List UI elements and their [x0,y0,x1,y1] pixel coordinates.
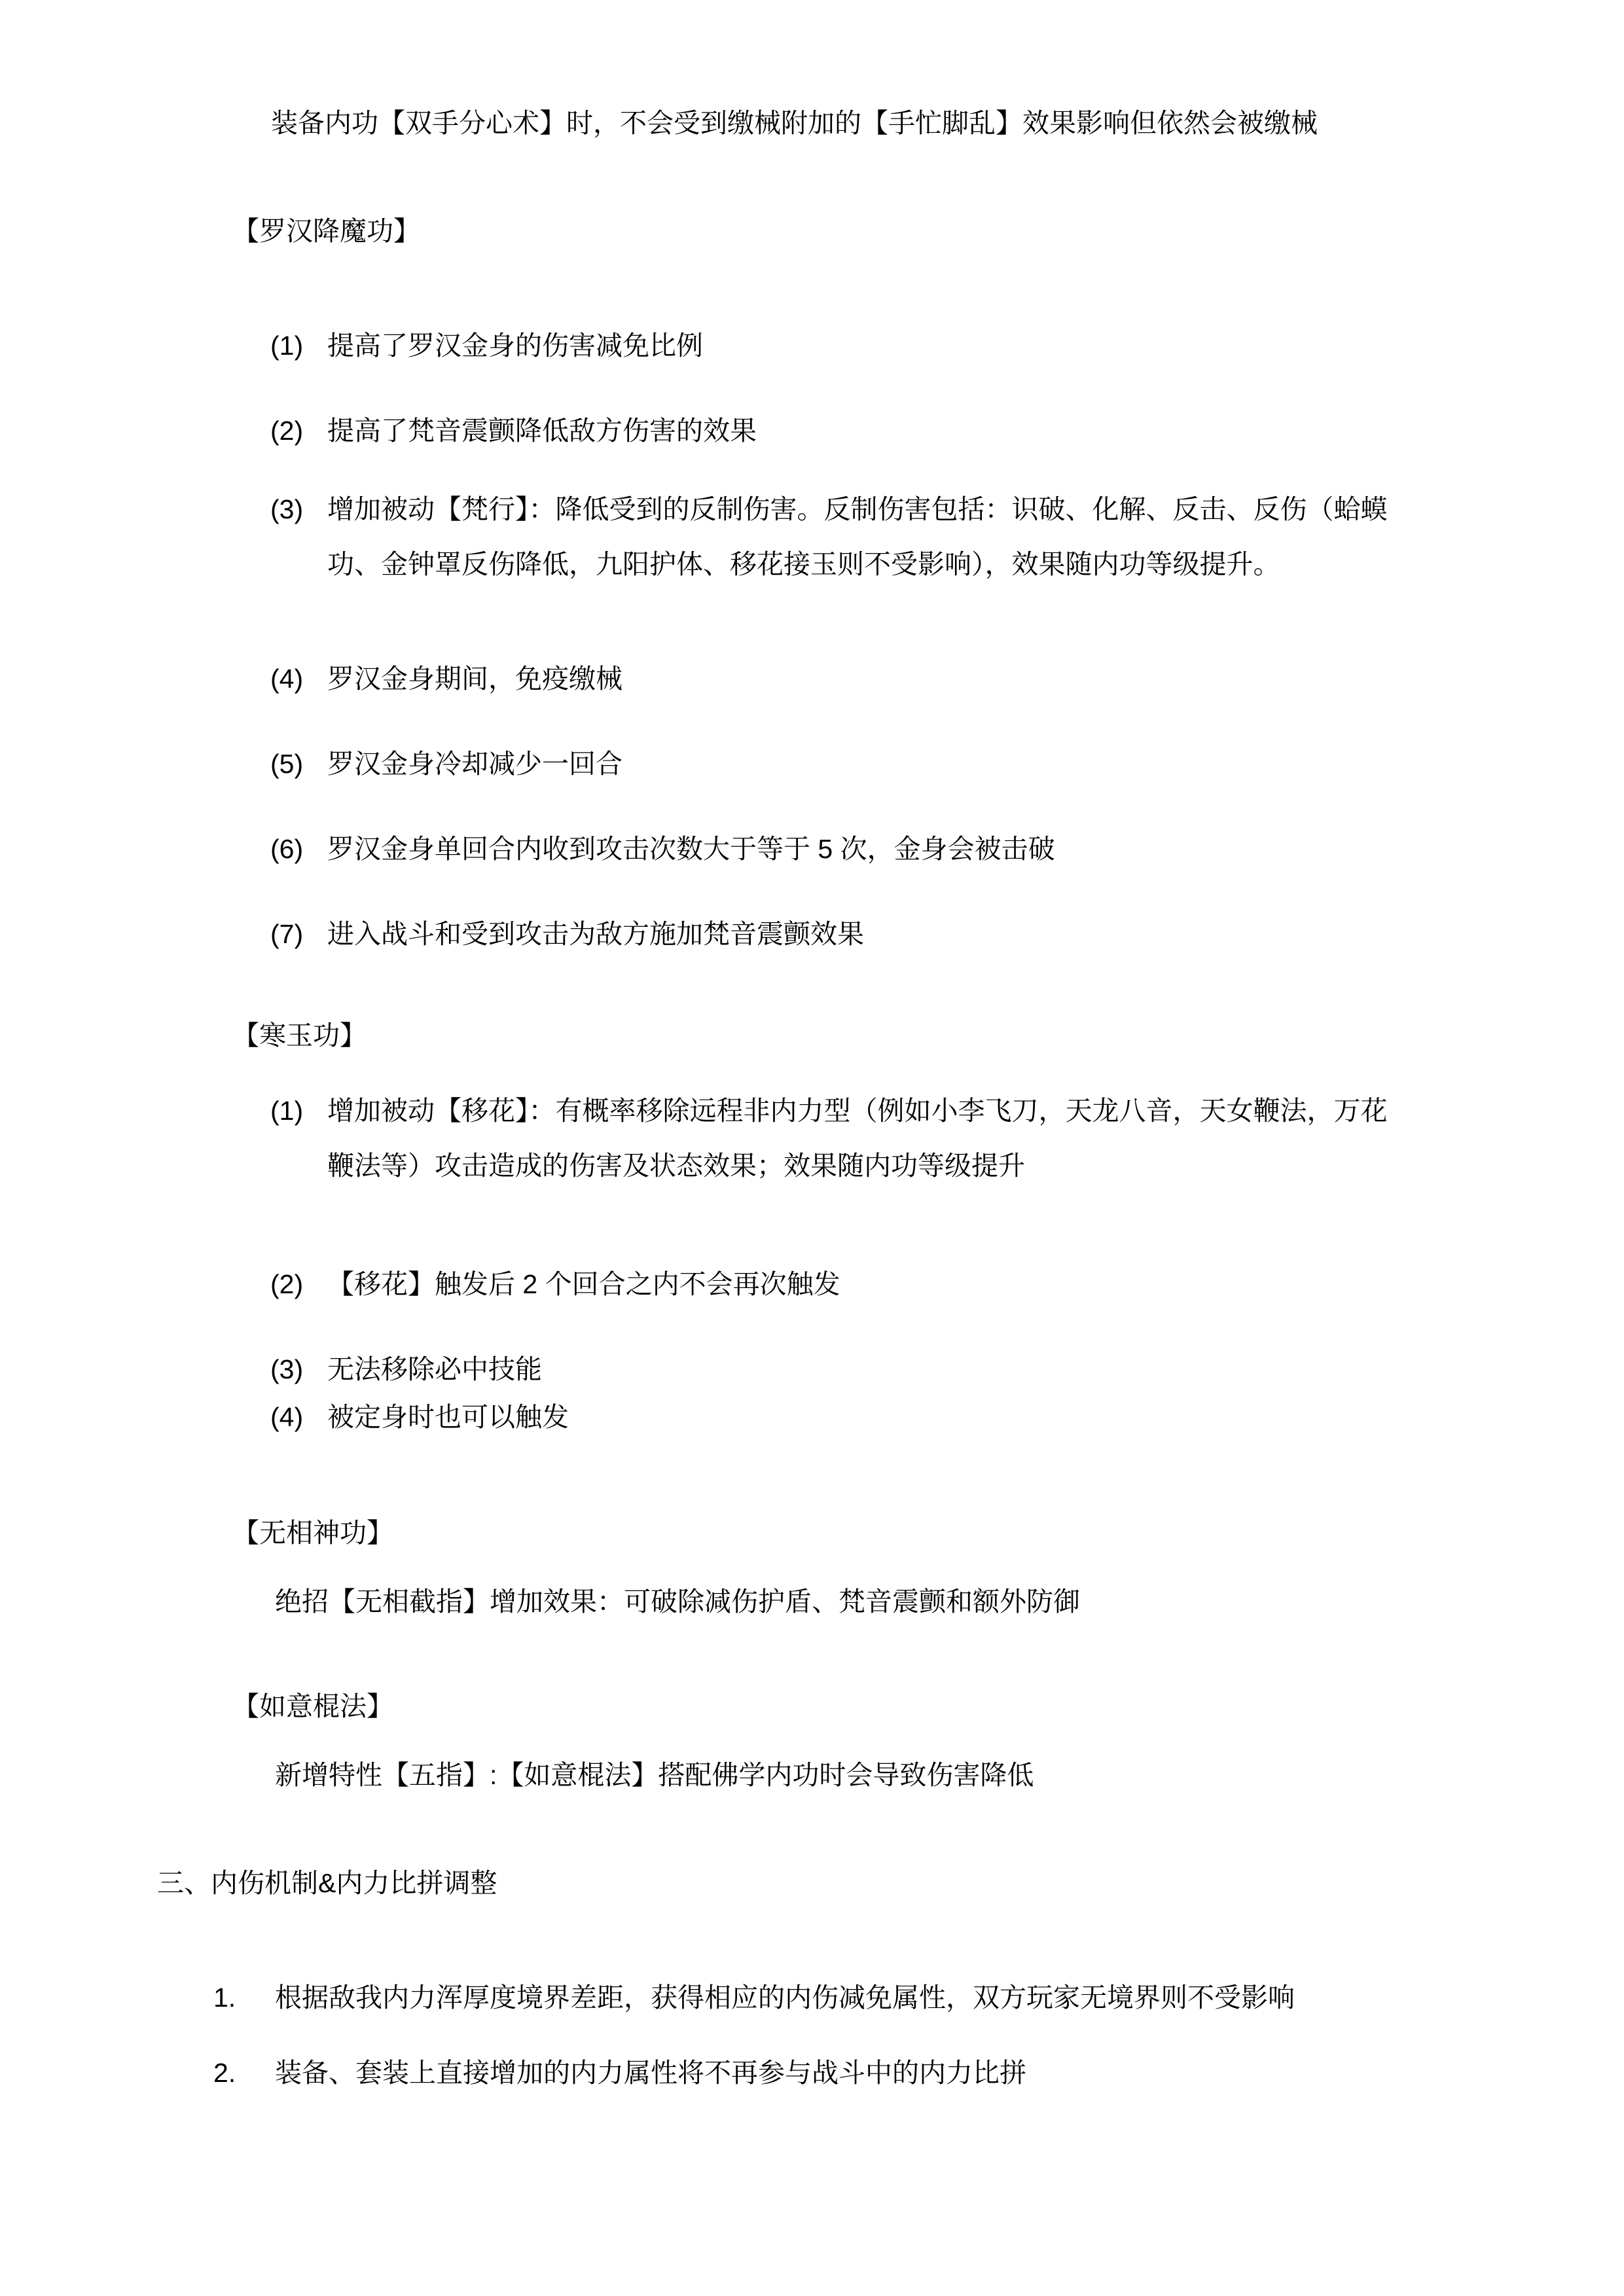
list-item: (4) 被定身时也可以触发 [270,1402,1624,1432]
list-item-line: 增加被动【梵行】：降低受到的反制伤害。反制伤害包括：识破、化解、反击、反伤（蛤蟆 [327,494,1624,524]
list-item-line: 被定身时也可以触发 [327,1402,1624,1432]
list-item-number: (5) [270,749,327,779]
list-item-line: 无法移除必中技能 [327,1354,1624,1384]
heading-ruyi: 【如意棍法】 [232,1691,1624,1721]
intro-paragraph: 装备内功【双手分心术】时，不会受到缴械附加的【手忙脚乱】效果影响但依然会被缴械 [271,108,1624,138]
list-item-line: 【移花】触发后 2 个回合之内不会再次触发 [327,1269,1624,1299]
list-item: 2. 装备、套装上直接增加的内力属性将不再参与战斗中的内力比拼 [213,2058,1624,2088]
list-item: (5) 罗汉金身冷却减少一回合 [270,749,1624,779]
list-item-line: 罗汉金身单回合内收到攻击次数大于等于 5 次，金身会被击破 [327,834,1624,864]
list-item-number: (1) [270,1096,327,1181]
list-item-line: 提高了梵音震颤降低敌方伤害的效果 [327,416,1624,446]
list-item: (1) 增加被动【移花】：有概率移除远程非内力型（例如小李飞刀，天龙八音，天女鞭… [270,1096,1624,1181]
list-item-line: 鞭法等）攻击造成的伤害及状态效果；效果随内功等级提升 [327,1151,1624,1181]
list-item-number: 2. [213,2058,275,2088]
heading-hanyu: 【寒玉功】 [232,1020,1624,1050]
list-item-line: 提高了罗汉金身的伤害减免比例 [327,331,1624,361]
list-item-line: 增加被动【移花】：有概率移除远程非内力型（例如小李飞刀，天龙八音，天女鞭法，万花 [327,1096,1624,1126]
list-item-number: (3) [270,494,327,579]
document-page: 装备内功【双手分心术】时，不会受到缴械附加的【手忙脚乱】效果影响但依然会被缴械 … [0,0,1624,2296]
list-item-number: (4) [270,664,327,694]
list-item: (2) 【移花】触发后 2 个回合之内不会再次触发 [270,1269,1624,1299]
list-item-line: 罗汉金身期间，免疫缴械 [327,664,1624,694]
list-item-line: 根据敌我内力浑厚度境界差距，获得相应的内伤减免属性，双方玩家无境界则不受影响 [275,1982,1624,2013]
list-item-line: 装备、套装上直接增加的内力属性将不再参与战斗中的内力比拼 [275,2058,1624,2088]
list-item-number: (3) [270,1354,327,1384]
list-item: (2) 提高了梵音震颤降低敌方伤害的效果 [270,416,1624,446]
list-item: (6) 罗汉金身单回合内收到攻击次数大于等于 5 次，金身会被击破 [270,834,1624,864]
list-item-number: (7) [270,919,327,949]
list-item-number: (4) [270,1402,327,1432]
list-item-number: (2) [270,416,327,446]
list-item: (1) 提高了罗汉金身的伤害减免比例 [270,331,1624,361]
list-item: (3) 增加被动【梵行】：降低受到的反制伤害。反制伤害包括：识破、化解、反击、反… [270,494,1624,579]
list-item-number: (6) [270,834,327,864]
section-body-text: 新增特性【五指】:【如意棍法】搭配佛学内功时会导致伤害降低 [275,1760,1624,1790]
list-item: (3) 无法移除必中技能 [270,1354,1624,1384]
heading-section3: 三、内伤机制&内力比拼调整 [157,1868,1624,1898]
list-item-line: 进入战斗和受到攻击为敌方施加梵音震颤效果 [327,919,1624,949]
list-item: 1. 根据敌我内力浑厚度境界差距，获得相应的内伤减免属性，双方玩家无境界则不受影… [213,1982,1624,2013]
list-item-line: 功、金钟罩反伤降低，九阳护体、移花接玉则不受影响），效果随内功等级提升。 [327,549,1624,579]
list-item-number: (1) [270,331,327,361]
list-item-line: 罗汉金身冷却减少一回合 [327,749,1624,779]
list-item: (4) 罗汉金身期间，免疫缴械 [270,664,1624,694]
heading-wuxiang: 【无相神功】 [232,1518,1624,1548]
list-item-number: (2) [270,1269,327,1299]
heading-luohan: 【罗汉降魔功】 [232,216,1624,246]
section-body-text: 绝招【无相截指】增加效果：可破除减伤护盾、梵音震颤和额外防御 [275,1587,1624,1617]
list-item: (7) 进入战斗和受到攻击为敌方施加梵音震颤效果 [270,919,1624,949]
list-item-number: 1. [213,1982,275,2013]
